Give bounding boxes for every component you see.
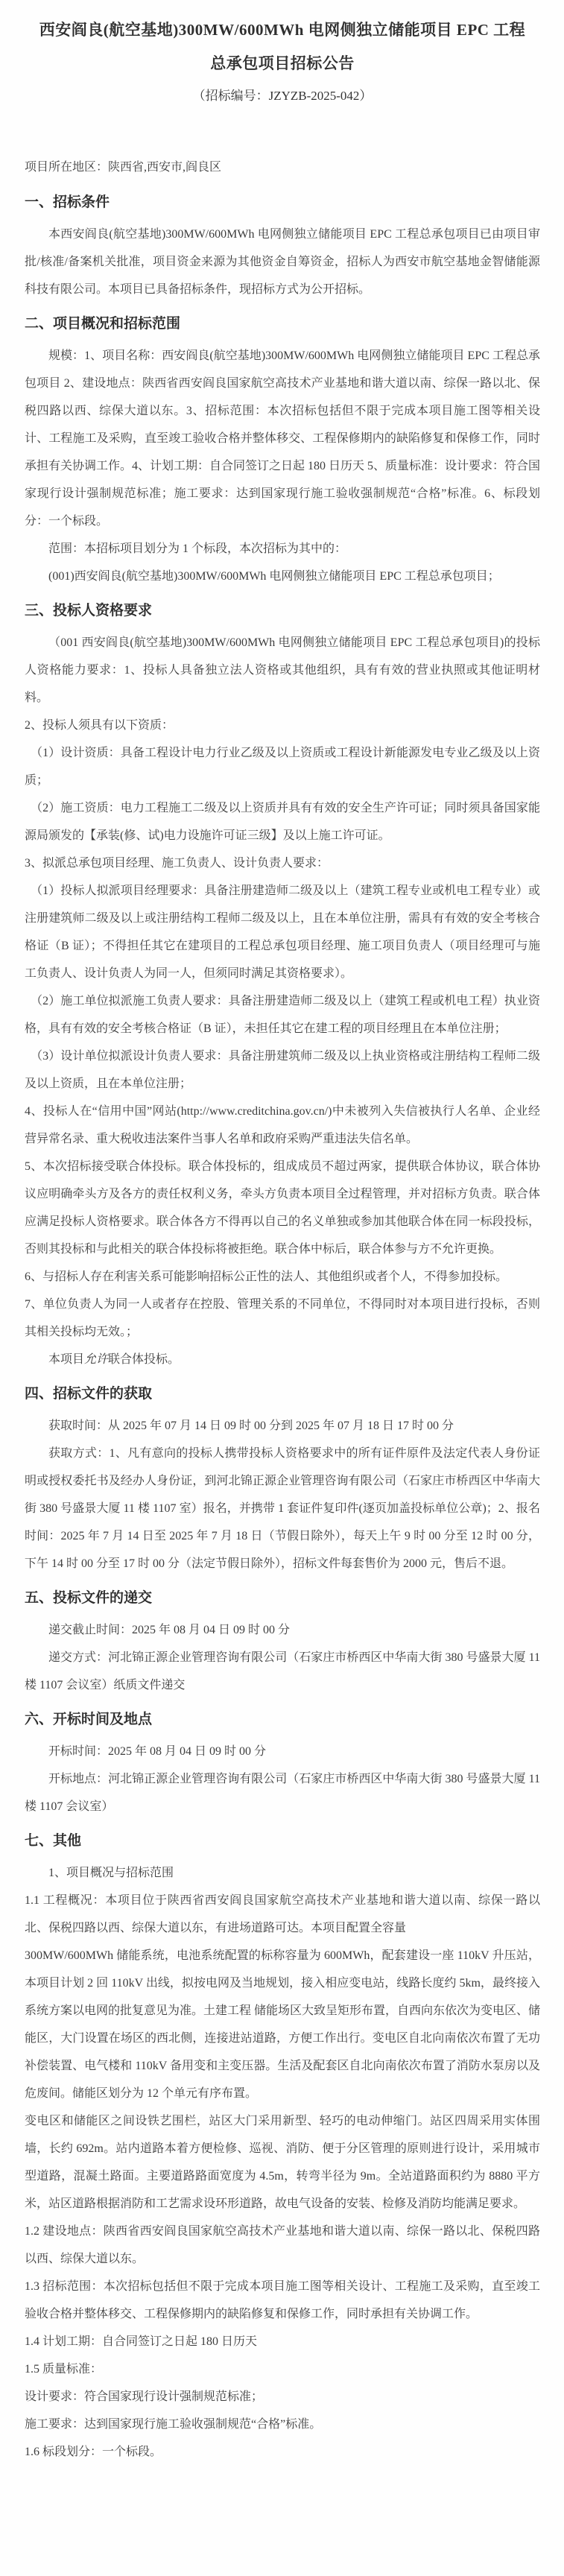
paragraph: 开标时间：2025 年 08 月 04 日 09 时 00 分 xyxy=(25,1738,540,1765)
paragraph: (001)西安阎良(航空基地)300MW/600MWh 电网侧独立储能项目 EP… xyxy=(25,563,540,590)
paragraph: 1.5 质量标准： xyxy=(25,2355,540,2383)
section-heading: 一、招标条件 xyxy=(25,192,540,214)
paragraph: 1.6 标段划分：一个标段。 xyxy=(25,2438,540,2466)
paragraph: 本西安阎良(航空基地)300MW/600MWh 电网侧独立储能项目 EPC 工程… xyxy=(25,221,540,303)
paragraph: 7、单位负责人为同一人或者存在控股、管理关系的不同单位，不得同时对本项目进行投标… xyxy=(25,1291,540,1346)
section-heading: 四、招标文件的获取 xyxy=(25,1383,540,1405)
paragraph: 1.4 计划工期：自合同签订之日起 180 日历天 xyxy=(25,2328,540,2355)
paragraph: 1、项目概况与招标范围 xyxy=(25,1859,540,1887)
paragraph: （1）投标人拟派项目经理要求：具备注册建造师二级及以上（建筑工程专业或机电工程专… xyxy=(25,877,540,987)
project-location: 项目所在地区：陕西省,西安市,阎良区 xyxy=(25,154,540,182)
paragraph: 获取方式：1、凡有意向的投标人携带投标人资格要求中的所有证件原件及法定代表人身份… xyxy=(25,1440,540,1577)
paragraph: 1.2 建设地点：陕西省西安阎良国家航空高技术产业基地和谐大道以南、综保一路以北… xyxy=(25,2218,540,2273)
paragraph: 1.1 工程概况：本项目位于陕西省西安阎良国家航空高技术产业基地和谐大道以南、综… xyxy=(25,1887,540,1942)
paragraph: 3、拟派总承包项目经理、施工负责人、设计负责人要求： xyxy=(25,849,540,877)
paragraph: 6、与招标人存在利害关系可能影响招标公正性的法人、其他组织或者个人，不得参加投标… xyxy=(25,1263,540,1291)
paragraph: 施工要求：达到国家现行施工验收强制规范“合格”标准。 xyxy=(25,2411,540,2438)
paragraph: 开标地点：河北锦正源企业管理咨询有限公司（石家庄市桥西区中华南大街 380 号盛… xyxy=(25,1765,540,1820)
paragraph: 本项目允许联合体投标。 xyxy=(25,1346,540,1373)
paragraph: （1）设计资质：具备工程设计电力行业乙级及以上资质或工程设计新能源发电专业乙级及… xyxy=(25,739,540,794)
paragraph: 5、本次招标接受联合体投标。联合体投标的，组成成员不超过两家，提供联合体协议，联… xyxy=(25,1153,540,1263)
paragraph: 2、投标人须具有以下资质： xyxy=(25,712,540,739)
paragraph: 4、投标人在“信用中国”网站(http://www.creditchina.go… xyxy=(25,1098,540,1153)
section-heading: 二、项目概况和招标范围 xyxy=(25,313,540,335)
paragraph: 变电区和储能区之间设铁艺围栏，站区大门采用新型、轻巧的电动伸缩门。站区四周采用实… xyxy=(25,2107,540,2218)
section-heading: 五、投标文件的递交 xyxy=(25,1587,540,1610)
section-heading: 六、开标时间及地点 xyxy=(25,1709,540,1731)
paragraph: （2）施工单位拟派施工负责人要求：具备注册建造师二级及以上（建筑工程或机电工程）… xyxy=(25,987,540,1042)
emphasis-italic-text: 允许 xyxy=(84,1353,108,1366)
paragraph: 递交方式：河北锦正源企业管理咨询有限公司（石家庄市桥西区中华南大街 380 号盛… xyxy=(25,1644,540,1699)
document-title: 西安阎良(航空基地)300MW/600MWh 电网侧独立储能项目 EPC 工程总… xyxy=(32,13,533,80)
paragraph: （001 西安阎良(航空基地)300MW/600MWh 电网侧独立储能项目 EP… xyxy=(25,629,540,712)
paragraph-text: 联合体投标。 xyxy=(108,1353,180,1366)
section-heading: 三、投标人资格要求 xyxy=(25,600,540,622)
paragraph: （3）设计单位拟派设计负责人要求：具备注册建筑师二级及以上执业资格或注册结构工程… xyxy=(25,1042,540,1098)
paragraph: 递交截止时间：2025 年 08 月 04 日 09 时 00 分 xyxy=(25,1616,540,1644)
paragraph: 获取时间：从 2025 年 07 月 14 日 09 时 00 分到 2025 … xyxy=(25,1412,540,1440)
paragraph: （2）施工资质：电力工程施工二级及以上资质并具有有效的安全生产许可证；同时须具备… xyxy=(25,794,540,849)
paragraph: 300MW/600MWh 储能系统，电池系统配置的标称容量为 600MWh，配套… xyxy=(25,1942,540,2107)
paragraph: 1.3 招标范围：本次招标包括但不限于完成本项目施工图等相关设计、工程施工及采购… xyxy=(25,2273,540,2328)
tender-number: （招标编号：JZYZB-2025-042） xyxy=(25,82,540,110)
section-heading: 七、其他 xyxy=(25,1830,540,1852)
tender-announcement-document: 西安阎良(航空基地)300MW/600MWh 电网侧独立储能项目 EPC 工程总… xyxy=(0,0,564,2576)
document-blocks: 一、招标条件本西安阎良(航空基地)300MW/600MWh 电网侧独立储能项目 … xyxy=(25,192,540,2466)
paragraph: 范围：本招标项目划分为 1 个标段，本次招标为其中的： xyxy=(25,535,540,563)
paragraph: 设计要求：符合国家现行设计强制规范标准； xyxy=(25,2383,540,2411)
paragraph: 规模：1、项目名称：西安阎良(航空基地)300MW/600MWh 电网侧独立储能… xyxy=(25,342,540,535)
paragraph-text: 本项目 xyxy=(48,1353,84,1366)
